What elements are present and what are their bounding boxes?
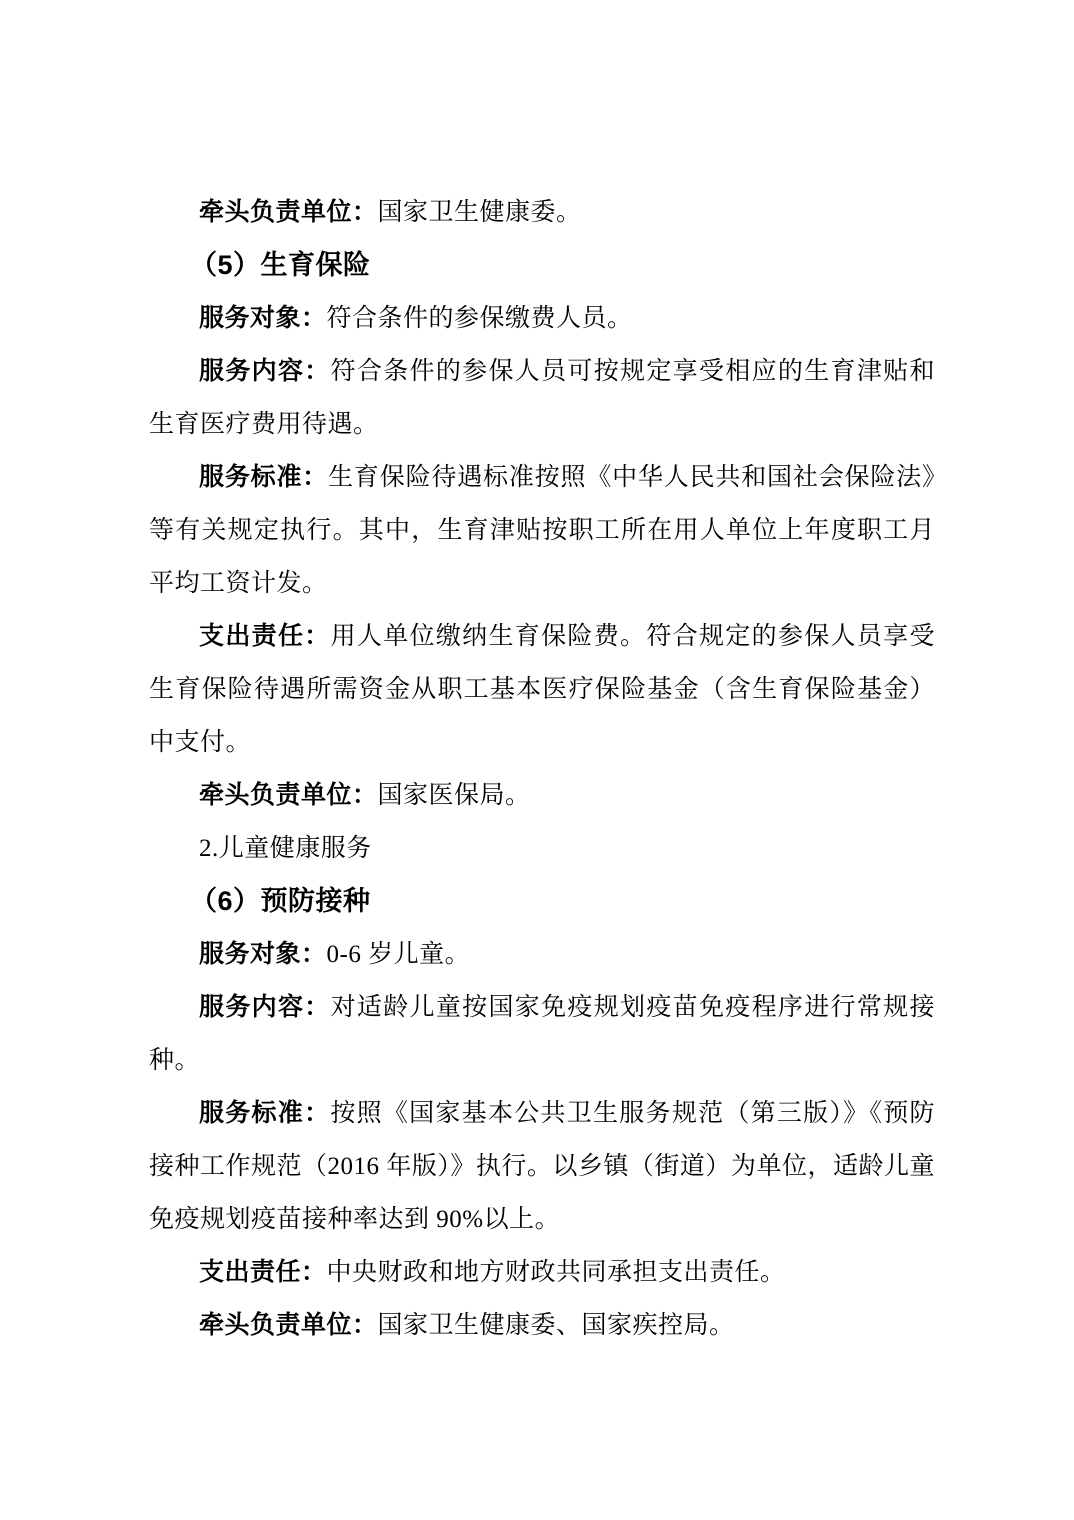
paragraph-text: 0-6 岁儿童。 <box>327 941 471 968</box>
paragraph-text: 国家卫生健康委、国家疾控局。 <box>378 1312 735 1339</box>
paragraph: 牵头负责单位：国家卫生健康委、国家疾控局。 <box>149 1299 935 1352</box>
paragraph-label: 服务内容： <box>199 358 331 385</box>
paragraph: 支出责任：中央财政和地方财政共同承担支出责任。 <box>149 1246 935 1299</box>
section-heading: （6）预防接种 <box>149 875 935 928</box>
paragraph: 牵头负责单位：国家卫生健康委。 <box>149 186 935 239</box>
paragraph-text: 中央财政和地方财政共同承担支出责任。 <box>327 1259 786 1286</box>
document-page: 牵头负责单位：国家卫生健康委。（5）生育保险服务对象：符合条件的参保缴费人员。服… <box>0 0 1074 1520</box>
paragraph: 服务标准：生育保险待遇标准按照《中华人民共和国社会保险法》等有关规定执行。其中，… <box>149 451 935 610</box>
paragraph-text: 国家卫生健康委。 <box>378 199 582 226</box>
paragraph: 支出责任：用人单位缴纳生育保险费。符合规定的参保人员享受生育保险待遇所需资金从职… <box>149 610 935 769</box>
paragraph-label: 服务对象： <box>199 941 327 968</box>
paragraph-text: 符合条件的参保缴费人员。 <box>327 305 633 332</box>
paragraph: 牵头负责单位：国家医保局。 <box>149 769 935 822</box>
paragraph-label: 支出责任： <box>199 1259 327 1286</box>
paragraph-label: 牵头负责单位： <box>199 782 378 809</box>
paragraph-label: 服务标准： <box>199 464 328 491</box>
paragraph: 服务内容：对适龄儿童按国家免疫规划疫苗免疫程序进行常规接种。 <box>149 981 935 1087</box>
section-heading: （5）生育保险 <box>149 239 935 292</box>
paragraph-label: 支出责任： <box>199 623 331 650</box>
paragraph: 服务对象：符合条件的参保缴费人员。 <box>149 292 935 345</box>
paragraph: 服务对象：0-6 岁儿童。 <box>149 928 935 981</box>
paragraph-text: 国家医保局。 <box>378 782 531 809</box>
document-content: 牵头负责单位：国家卫生健康委。（5）生育保险服务对象：符合条件的参保缴费人员。服… <box>149 186 935 1352</box>
paragraph-label: 服务内容： <box>199 994 331 1021</box>
sub-section-heading: 2.儿童健康服务 <box>149 822 935 875</box>
paragraph: 服务标准：按照《国家基本公共卫生服务规范（第三版）》《预防接种工作规范（2016… <box>149 1087 935 1246</box>
paragraph-label: 服务标准： <box>199 1100 330 1127</box>
paragraph-label: 牵头负责单位： <box>199 1312 378 1339</box>
paragraph-label: 服务对象： <box>199 305 327 332</box>
paragraph-label: 牵头负责单位： <box>199 199 378 226</box>
paragraph: 服务内容：符合条件的参保人员可按规定享受相应的生育津贴和生育医疗费用待遇。 <box>149 345 935 451</box>
